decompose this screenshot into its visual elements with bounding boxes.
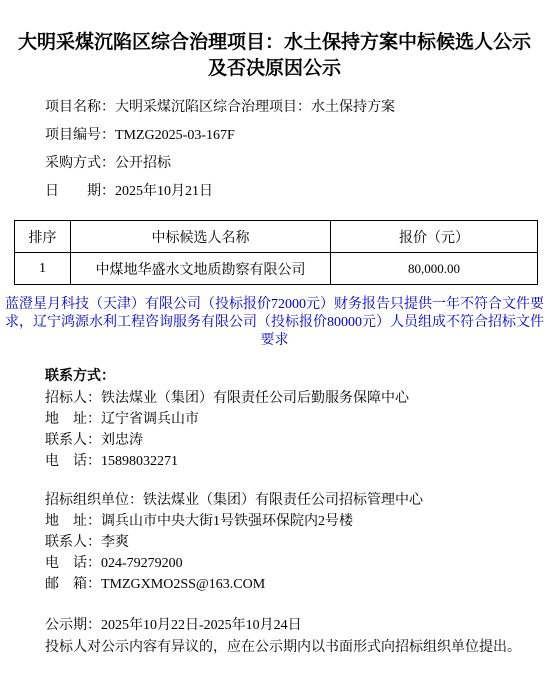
organizer-label: 招标组织单位： — [45, 493, 143, 508]
organizer-row: 招标组织单位：铁法煤业（集团）有限责任公司招标管理中心 — [45, 490, 549, 511]
candidates-table-header: 排序 中标候选人名称 报价（元） — [15, 221, 538, 253]
objection-note: 投标人对公示内容有异议的，应在公示期内以书面形式向招标组织单位提出。 — [45, 637, 549, 659]
contact-section-tenderer: 联系方式： 招标人：铁法煤业（集团）有限责任公司后勤服务保障中心 地 址：辽宁省… — [45, 366, 549, 472]
organizer-phone-label: 电 话： — [45, 556, 101, 571]
organizer-email-label: 邮 箱： — [45, 577, 101, 592]
publicity-period-row: 公示期：2025年10月22日-2025年10月24日 — [45, 615, 549, 637]
cell-price: 80,000.00 — [331, 253, 538, 285]
organizer-contact-person-value: 李爽 — [101, 535, 129, 550]
project-name-label: 项目名称： — [45, 100, 115, 115]
tenderer-phone-value: 15898032271 — [101, 454, 178, 469]
tenderer-phone-label: 电 话： — [45, 454, 101, 469]
tenderer-contact-person-value: 刘忠涛 — [101, 433, 143, 448]
organizer-address-row: 地 址：调兵山市中央大街1号铁强环保院内2号楼 — [45, 511, 549, 532]
project-name-row: 项目名称：大明采煤沉陷区综合治理项目：水土保持方案 — [45, 94, 549, 122]
tenderer-contact-person-label: 联系人： — [45, 433, 101, 448]
cell-rank: 1 — [15, 253, 71, 285]
tenderer-label: 招标人： — [45, 391, 101, 406]
organizer-email-value: TMZGXMO2SS@163.COM — [101, 577, 265, 592]
procurement-method-row: 采购方式：公开招标 — [45, 150, 549, 178]
project-number-row: 项目编号：TMZG2025-03-167F — [45, 122, 549, 150]
organizer-value: 铁法煤业（集团）有限责任公司招标管理中心 — [143, 493, 423, 508]
footer-section: 公示期：2025年10月22日-2025年10月24日 投标人对公示内容有异议的… — [45, 615, 549, 659]
project-info: 项目名称：大明采煤沉陷区综合治理项目：水土保持方案 项目编号：TMZG2025-… — [45, 94, 549, 206]
tenderer-phone-row: 电 话：15898032271 — [45, 451, 549, 472]
organizer-address-value: 调兵山市中央大街1号铁强环保院内2号楼 — [101, 514, 353, 529]
col-header-candidate-name: 中标候选人名称 — [71, 221, 331, 253]
table-row: 1 中煤地华盛水文地质勘察有限公司 80,000.00 — [15, 253, 538, 285]
cell-candidate-name: 中煤地华盛水文地质勘察有限公司 — [71, 253, 331, 285]
organizer-contact-person-row: 联系人：李爽 — [45, 532, 549, 553]
project-name-value: 大明采煤沉陷区综合治理项目：水土保持方案 — [115, 100, 395, 115]
rejection-notice: 蓝澄星月科技（天津）有限公司（投标报价72000元）财务报告只提供一年不符合文件… — [3, 296, 546, 350]
page-title-line1: 大明采煤沉陷区综合治理项目：水土保持方案中标候选人公示 — [18, 30, 531, 56]
organizer-email-row: 邮 箱：TMZGXMO2SS@163.COM — [45, 574, 549, 595]
publicity-period-label: 公示期： — [45, 618, 101, 633]
page-title-line2: 及否决原因公示 — [18, 56, 531, 82]
organizer-address-label: 地 址： — [45, 514, 101, 529]
tenderer-address-row: 地 址：辽宁省调兵山市 — [45, 409, 549, 430]
candidates-table-body: 1 中煤地华盛水文地质勘察有限公司 80,000.00 — [15, 253, 538, 285]
col-header-price: 报价（元） — [331, 221, 538, 253]
contact-section-organizer: 招标组织单位：铁法煤业（集团）有限责任公司招标管理中心 地 址：调兵山市中央大街… — [45, 490, 549, 595]
tenderer-address-label: 地 址： — [45, 412, 101, 427]
project-number-label: 项目编号： — [45, 128, 115, 143]
col-header-rank: 排序 — [15, 221, 71, 253]
announcement-page: 大明采煤沉陷区综合治理项目：水土保持方案中标候选人公示 及否决原因公示 项目名称… — [0, 0, 549, 690]
project-number-value: TMZG2025-03-167F — [115, 128, 235, 143]
contact-heading: 联系方式： — [45, 366, 549, 388]
procurement-method-label: 采购方式： — [45, 156, 115, 171]
organizer-contact-person-label: 联系人： — [45, 535, 101, 550]
candidates-table: 排序 中标候选人名称 报价（元） 1 中煤地华盛水文地质勘察有限公司 80,00… — [14, 220, 538, 285]
organizer-phone-row: 电 话：024-79279200 — [45, 553, 549, 574]
date-value: 2025年10月21日 — [115, 184, 213, 199]
tenderer-contact-person-row: 联系人：刘忠涛 — [45, 430, 549, 451]
procurement-method-value: 公开招标 — [115, 156, 171, 171]
header-row: 排序 中标候选人名称 报价（元） — [15, 221, 538, 253]
page-title: 大明采煤沉陷区综合治理项目：水土保持方案中标候选人公示 及否决原因公示 — [18, 0, 531, 82]
tenderer-value: 铁法煤业（集团）有限责任公司后勤服务保障中心 — [101, 391, 409, 406]
tenderer-row: 招标人：铁法煤业（集团）有限责任公司后勤服务保障中心 — [45, 388, 549, 409]
organizer-phone-value: 024-79279200 — [101, 556, 183, 571]
date-row: 日 期：2025年10月21日 — [45, 178, 549, 206]
date-label: 日 期： — [45, 184, 115, 199]
publicity-period-value: 2025年10月22日-2025年10月24日 — [101, 618, 302, 633]
tenderer-address-value: 辽宁省调兵山市 — [101, 412, 199, 427]
